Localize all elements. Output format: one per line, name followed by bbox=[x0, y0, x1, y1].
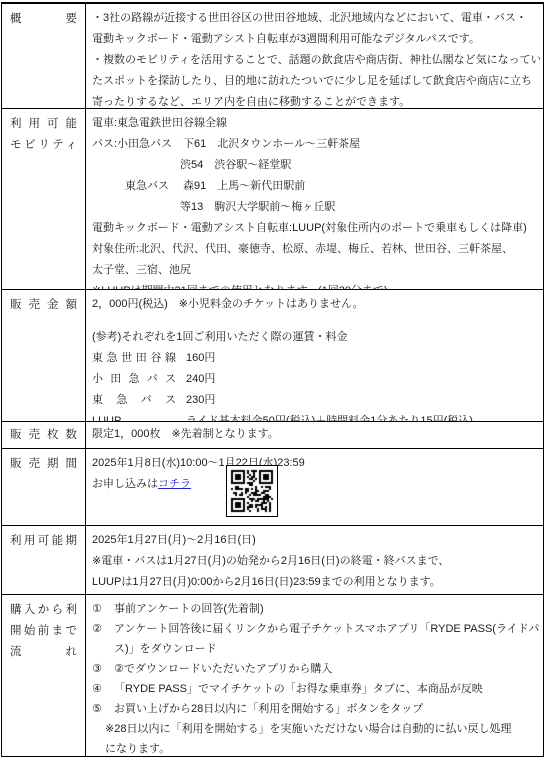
text-line: 対象住所:北沢、代沢、代田、豪徳寺、松原、赤堤、梅丘、若林、世田谷、三軒茶屋、 bbox=[92, 239, 540, 260]
step-text: お買い上げから28日以内に「利用を開始する」ボタンをタップ bbox=[114, 699, 540, 719]
text-line: 電動キックボード・電動アシスト自転車が3週間利用可能なデジタルパスです。 bbox=[92, 29, 540, 50]
fare-row: 東急世田谷線 160円 bbox=[92, 348, 540, 369]
quantity-text: 限定1，000枚 ※先着制となります。 bbox=[92, 424, 540, 445]
fare-price: 240円 bbox=[186, 369, 215, 390]
row-flow-label-line1: 購入から利用 bbox=[10, 600, 77, 621]
row-mobility-label-cell: 利用可能 モビリティ bbox=[2, 109, 86, 289]
fare-price: 160円 bbox=[186, 348, 215, 369]
row-price-label-cell: 販売金額 bbox=[2, 290, 86, 421]
text-line: ※LUUPは期間中21回までの使用となります。(1回30分まで) bbox=[92, 281, 540, 289]
text-line: 電車:東急電鉄世田谷線全線 bbox=[92, 113, 540, 134]
flow-note-line: になります。 bbox=[92, 739, 540, 756]
fare-row: 小田急バス 240円 bbox=[92, 369, 540, 390]
sales-period-dates: 2025年1月8日(水)10:00～1月22日(水)23:59 bbox=[92, 453, 540, 474]
row-mobility-content: 電車:東急電鉄世田谷線全線 バス:小田急バス 下61 北沢タウンホール～三軒茶屋… bbox=[86, 109, 543, 289]
text-line: 電動キックボード・電動アシスト自転車:LUUP(対象住所内のポートで乗車もしくは… bbox=[92, 218, 540, 239]
text-line: 等13 駒沢大学駅前～梅ヶ丘駅 bbox=[92, 197, 540, 218]
row-sales-period-content: 2025年1月8日(水)10:00～1月22日(水)23:59 お申し込みはコチ… bbox=[86, 449, 543, 525]
fare-name: 東急バス bbox=[92, 390, 176, 411]
row-usage-period-content: 2025年1月27日(月)～2月16日(日) ※電車・バスは1月27日(月)の始… bbox=[86, 526, 543, 594]
fare-row: 東急バス 230円 bbox=[92, 390, 540, 411]
step-text: 「RYDE PASS」でマイチケットの「お得な乗車券」タブに、本商品が反映 bbox=[114, 679, 540, 699]
row-usage-period-label: 利用可能期間 bbox=[10, 531, 77, 552]
step-text: ②でダウンロードいただいたアプリから購入 bbox=[114, 659, 540, 679]
text-line: 2025年1月27日(月)～2月16日(日) bbox=[92, 530, 540, 551]
row-price-label: 販売金額 bbox=[10, 295, 77, 316]
step-number: ① bbox=[92, 599, 114, 619]
price-reference-title: (参考)それぞれを1回ご利用いただく際の運賃・料金 bbox=[92, 327, 540, 348]
text-line: たスポットを探訪したり、目的地に訪れたついでに少し足を延ばして飲食店や商店に立ち bbox=[92, 71, 540, 92]
row-flow-content: ① 事前アンケートの回答(先着制) ② アンケート回答後に届くリンクから電子チケ… bbox=[86, 595, 543, 756]
step-text: アンケート回答後に届くリンクから電子チケットスマホアプリ「RYDE PASS(ラ… bbox=[114, 619, 540, 659]
text-line: 東急バス 森91 上馬～新代田駅前 bbox=[92, 176, 540, 197]
row-flow-label-line3: 流れ bbox=[10, 642, 77, 663]
text-line: ※電車・バスは1月27日(月)の始発から2月16日(日)の終電・終バスまで、 bbox=[92, 551, 540, 572]
flow-step: ② アンケート回答後に届くリンクから電子チケットスマホアプリ「RYDE PASS… bbox=[92, 619, 540, 659]
text-line: バス:小田急バス 下61 北沢タウンホール～三軒茶屋 bbox=[92, 134, 540, 155]
fare-name: 小田急バス bbox=[92, 369, 176, 390]
apply-prefix: お申し込みは bbox=[92, 478, 158, 490]
fare-price: 230円 bbox=[186, 390, 215, 411]
text-line: 寄ったりするなど、エリア内を自由に移動することができます。 bbox=[92, 92, 540, 108]
row-mobility-label-line1: 利用可能 bbox=[10, 114, 77, 135]
row-usage-period-label-cell: 利用可能期間 bbox=[2, 526, 86, 594]
row-sales-period-label-cell: 販売期間 bbox=[2, 449, 86, 525]
qr-canvas bbox=[230, 469, 274, 513]
price-main: 2，000円(税込) ※小児料金のチケットはありません。 bbox=[92, 294, 540, 315]
flow-step: ⑤ お買い上げから28日以内に「利用を開始する」ボタンをタップ bbox=[92, 699, 540, 719]
row-usage-period: 利用可能期間 2025年1月27日(月)～2月16日(日) ※電車・バスは1月2… bbox=[2, 526, 543, 595]
step-number: ③ bbox=[92, 659, 114, 679]
flow-note-line: ※28日以内に「利用を開始する」を実施いただけない場合は自動的に払い戻し処理 bbox=[92, 719, 540, 739]
row-overview-content: ・3社の路線が近接する世田谷区の世田谷地域、北沢地域内などにおいて、電車・バス・… bbox=[86, 4, 543, 108]
row-flow-label-line2: 開始前までの bbox=[10, 621, 77, 642]
row-quantity: 販売枚数 限定1，000枚 ※先着制となります。 bbox=[2, 422, 543, 449]
fare-name: 東急世田谷線 bbox=[92, 348, 176, 369]
text-line: LUUPは1月27日(月)0:00から2月16日(日)23:59までの利用となり… bbox=[92, 572, 540, 593]
row-flow: 購入から利用 開始前までの 流れ ① 事前アンケートの回答(先着制) ② アンケ… bbox=[2, 595, 543, 756]
row-overview-label-cell: 概要 bbox=[2, 4, 86, 108]
row-quantity-label: 販売枚数 bbox=[10, 425, 77, 446]
row-price: 販売金額 2，000円(税込) ※小児料金のチケットはありません。 (参考)それ… bbox=[2, 290, 543, 422]
row-quantity-content: 限定1，000枚 ※先着制となります。 bbox=[86, 422, 543, 448]
row-flow-label-cell: 購入から利用 開始前までの 流れ bbox=[2, 595, 86, 756]
fare-name: LUUP bbox=[92, 411, 176, 421]
row-mobility-label-line2: モビリティ bbox=[10, 135, 77, 156]
row-overview-label: 概要 bbox=[10, 9, 77, 30]
step-number: ② bbox=[92, 619, 114, 659]
step-number: ④ bbox=[92, 679, 114, 699]
row-sales-period: 販売期間 2025年1月8日(水)10:00～1月22日(水)23:59 お申し… bbox=[2, 449, 543, 526]
flow-step: ③ ②でダウンロードいただいたアプリから購入 bbox=[92, 659, 540, 679]
flow-step: ① 事前アンケートの回答(先着制) bbox=[92, 599, 540, 619]
text-line: 太子堂、三宿、池尻 bbox=[92, 260, 540, 281]
digital-pass-info-document: 概要 ・3社の路線が近接する世田谷区の世田谷地域、北沢地域内などにおいて、電車・… bbox=[0, 0, 547, 760]
text-line: 渋54 渋谷駅～経堂駅 bbox=[92, 155, 540, 176]
fare-price: ライド基本料金50円(税込)＋時間料金1分あたり15円(税込) bbox=[186, 411, 473, 421]
row-mobility: 利用可能 モビリティ 電車:東急電鉄世田谷線全線 バス:小田急バス 下61 北沢… bbox=[2, 109, 543, 290]
text-line: ・3社の路線が近接する世田谷区の世田谷地域、北沢地域内などにおいて、電車・バス・ bbox=[92, 8, 540, 29]
row-overview: 概要 ・3社の路線が近接する世田谷区の世田谷地域、北沢地域内などにおいて、電車・… bbox=[2, 4, 543, 109]
row-price-content: 2，000円(税込) ※小児料金のチケットはありません。 (参考)それぞれを1回… bbox=[86, 290, 543, 421]
fare-row: LUUP ライド基本料金50円(税込)＋時間料金1分あたり15円(税込) bbox=[92, 411, 540, 421]
qr-code bbox=[226, 465, 278, 517]
apply-line: お申し込みはコチラ bbox=[92, 474, 540, 495]
apply-link[interactable]: コチラ bbox=[158, 478, 191, 490]
row-sales-period-label: 販売期間 bbox=[10, 454, 77, 475]
row-quantity-label-cell: 販売枚数 bbox=[2, 422, 86, 448]
step-number: ⑤ bbox=[92, 699, 114, 719]
info-table: 概要 ・3社の路線が近接する世田谷区の世田谷地域、北沢地域内などにおいて、電車・… bbox=[1, 2, 544, 757]
flow-step: ④ 「RYDE PASS」でマイチケットの「お得な乗車券」タブに、本商品が反映 bbox=[92, 679, 540, 699]
text-line: ・複数のモビリティを活用することで、話題の飲食店や商店街、神社仏閣など気になって… bbox=[92, 50, 540, 71]
step-text: 事前アンケートの回答(先着制) bbox=[114, 599, 540, 619]
